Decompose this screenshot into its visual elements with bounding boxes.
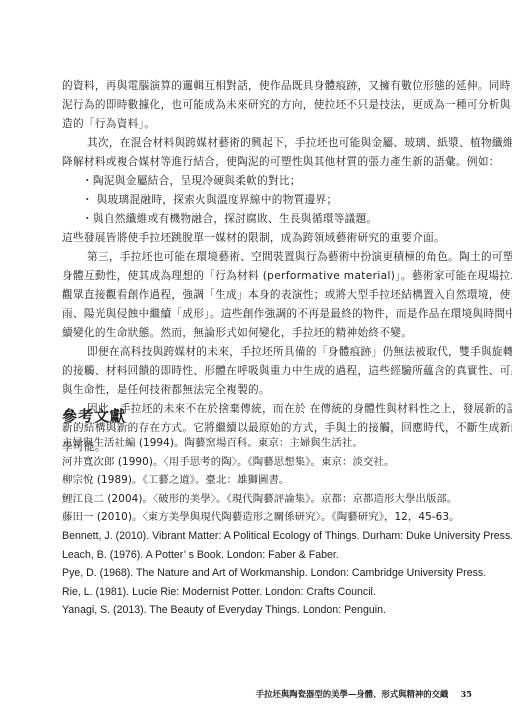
- reference-item: 河井寬次郎 (1990)。〈用手思考的陶〉。《陶藝思想集》。東京：淡交社。: [62, 453, 462, 472]
- page-number: 35: [460, 689, 472, 699]
- body-line: 的接觸、材料回饋的即時性、形體在呼吸與重力中生成的過程，這些經驗所蘊含的真實性、…: [62, 362, 450, 381]
- body-line: 這些發展皆將使手拉坯跳脫單一媒材的限制，成為跨領域藝術研究的重要介面。: [62, 229, 450, 248]
- body-text: 的資料，再與電腦演算的邏輯互相對話，使作品既具身體痕跡，又擁有數位形態的延伸。同…: [62, 77, 450, 457]
- reference-item: Pye, D. (1968). The Nature and Art of Wo…: [62, 564, 462, 583]
- page-footer: 手拉坯與陶瓷器型的美學—身體、形式與精神的交織35: [256, 688, 472, 700]
- reference-item: 主婦與生活社編 (1994)。陶藝窯場百科。東京：主婦與生活社。: [62, 434, 462, 453]
- body-line: 續變化的生命狀態。然而，無論形式如何變化，手拉坯的精神始終不變。: [62, 324, 450, 343]
- body-line: 雨、陽光與侵蝕中繼續「成形」。這些創作強調的不再是最終的物件，而是作品在環境與時…: [62, 305, 450, 324]
- reference-item: Leach, B. (1976). A Potter’ s Book. Lond…: [62, 546, 462, 565]
- bullet-item: ・陶泥與金屬結合，呈現冷硬與柔軟的對比；: [62, 172, 450, 191]
- reference-item: 藤田一 (2010)。〈東方美學與現代陶藝造形之關係研究〉。《陶藝研究》，12，…: [62, 508, 462, 527]
- body-line: 身體互動性，使其成為理想的「行為材料 (performative materia…: [62, 267, 450, 286]
- running-title: 手拉坯與陶瓷器型的美學—身體、形式與精神的交織: [256, 689, 449, 699]
- paragraph-start-line: 第三，手拉坯也可能在環境藝術、空間裝置與行為藝術中扮演更積極的角色。陶土的可塑性…: [62, 248, 450, 267]
- body-line: 的資料，再與電腦演算的邏輯互相對話，使作品既具身體痕跡，又擁有數位形態的延伸。同…: [62, 77, 450, 96]
- bullet-item: ・ 與玻璃混融時，探索火與溫度界線中的物質邊界；: [62, 191, 450, 210]
- reference-item: 鯉江良二 (2004)。〈破形的美學〉。《現代陶藝評論集》。京都：京都造形大學出…: [62, 490, 462, 509]
- references-heading: 參考文獻: [62, 405, 126, 426]
- reference-item: Rie, L. (1981). Lucie Rie: Modernist Pot…: [62, 583, 462, 602]
- body-line: 與生命性，是任何技術都無法完全複製的。: [62, 381, 450, 400]
- body-line: 造的「行為資料」。: [62, 115, 450, 134]
- references-list: 主婦與生活社編 (1994)。陶藝窯場百科。東京：主婦與生活社。 河井寬次郎 (…: [62, 434, 462, 620]
- body-line: 泥行為的即時數據化，也可能成為未來研究的方向，使拉坯不只是技法，更成為一種可分析…: [62, 96, 450, 115]
- reference-item: 柳宗悅 (1989)。《工藝之道》。臺北：雄獅圖書。: [62, 471, 462, 490]
- document-page: 的資料，再與電腦演算的邏輯互相對話，使作品既具身體痕跡，又擁有數位形態的延伸。同…: [0, 0, 512, 724]
- reference-item: Yanagi, S. (2013). The Beauty of Everyda…: [62, 601, 462, 620]
- body-line: 觀眾直接觀看創作過程，強調「生成」本身的表演性；或將大型手拉坯結構置入自然環境，…: [62, 286, 450, 305]
- paragraph-start-line: 即便在高科技與跨媒材的未來，手拉坯所具備的「身體痕跡」仍無法被取代，雙手與旋轉泥…: [62, 343, 450, 362]
- bullet-item: ・與自然纖維或有機物融合，探討腐敗、生長與循環等議題。: [62, 210, 450, 229]
- paragraph-start-line: 其次，在混合材料與跨媒材藝術的興起下，手拉坯也可能與金屬、玻璃、紙漿、植物纖維、…: [62, 134, 450, 153]
- body-line: 降解材料或複合媒材等進行結合，使陶泥的可塑性與其他材質的張力產生新的語彙。例如：: [62, 153, 450, 172]
- reference-item: Bennett, J. (2010). Vibrant Matter: A Po…: [62, 527, 462, 546]
